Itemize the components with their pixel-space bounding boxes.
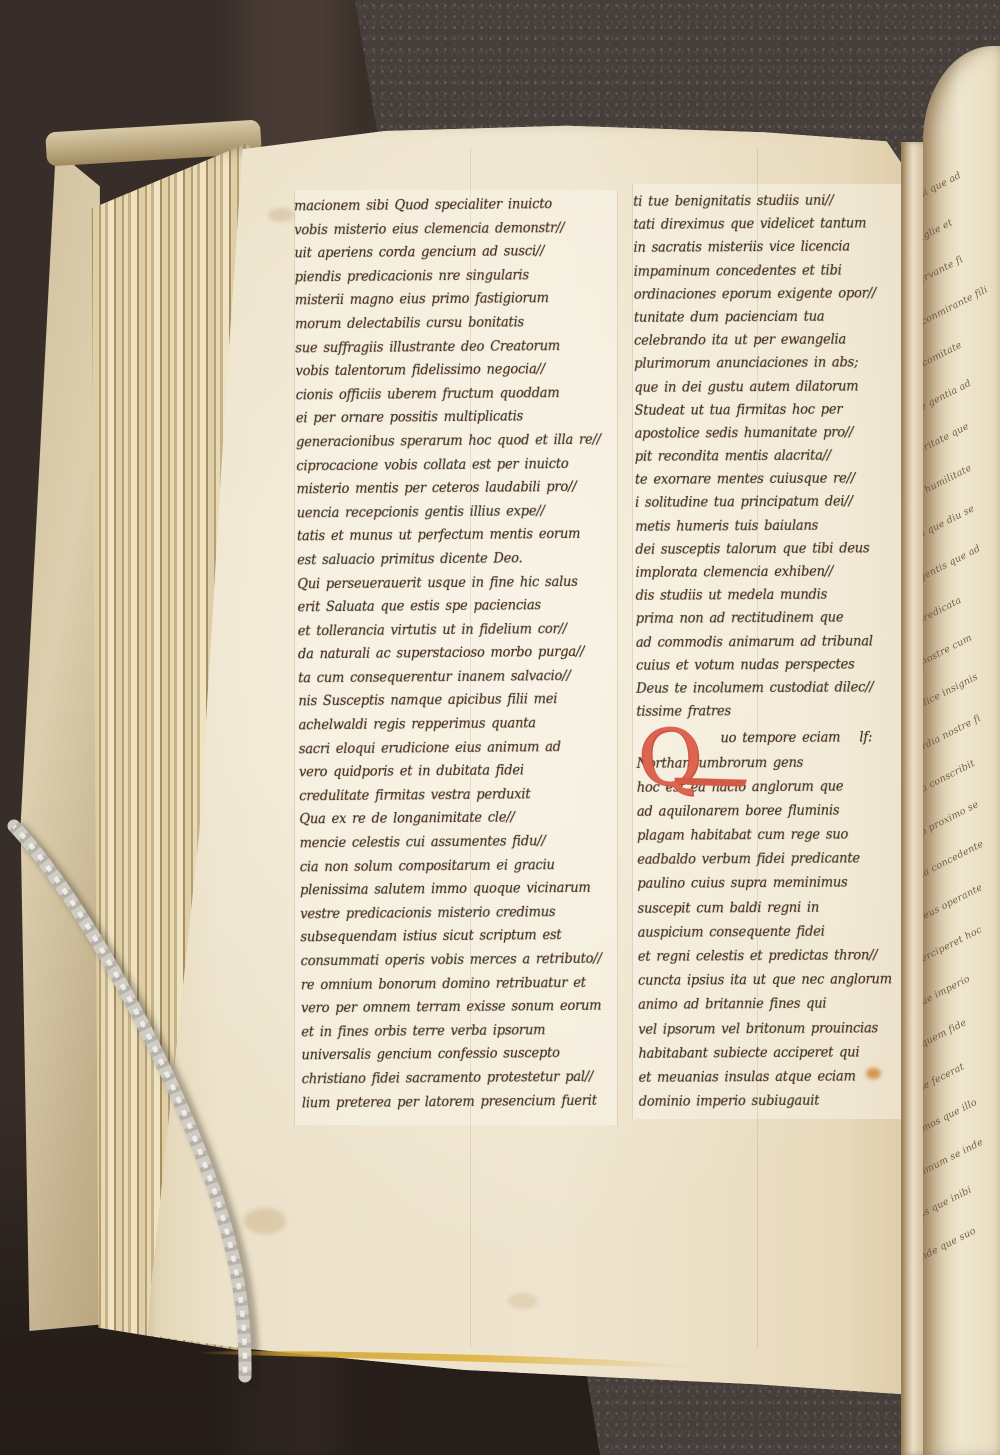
manuscript-line: prima non ad rectitudinem que bbox=[636, 606, 912, 632]
manuscript-line: cuius et votum nudas perspectes bbox=[636, 652, 912, 678]
manuscript-line: dominio imperio subiugauit bbox=[639, 1089, 915, 1116]
manuscript-line: te exornare mentes cuiusque re// bbox=[635, 467, 911, 493]
manuscript-line: animo ad britannie fines qui bbox=[638, 992, 914, 1019]
manuscript-line: que in dei gustu autem dilatorum bbox=[634, 374, 910, 400]
manuscript-line: ad commodis animarum ad tribunal bbox=[636, 629, 912, 655]
manuscript-line: cuncta ipsius ita ut que nec anglorum bbox=[638, 968, 914, 995]
manuscript-line: uit aperiens corda gencium ad susci// bbox=[294, 239, 608, 266]
manuscript-line: et regni celestis et predictas thron// bbox=[638, 944, 914, 971]
manuscript-line: mencie celestis cui assumentes fidu// bbox=[300, 829, 614, 856]
manuscript-line: implorata clemencia exhiben// bbox=[635, 560, 911, 586]
facing-pages: ad se regni que adquos in anglie etne se… bbox=[923, 46, 1000, 1455]
text-column-left: macionem sibi Quod specialiter inuictovo… bbox=[294, 193, 616, 1116]
stain bbox=[268, 208, 294, 222]
manuscript-line: et meuanias insulas atque eciam bbox=[639, 1065, 915, 1092]
manuscript-line: plagam habitabat cum rege suo bbox=[637, 823, 913, 850]
manuscript-line: ordinaciones eporum exigente opor// bbox=[634, 281, 910, 307]
manuscript-line: metis humeris tuis baiulans bbox=[635, 513, 911, 539]
right-column-block2: Q uo tempore eciam lf:Northanhumbrorum g… bbox=[636, 726, 914, 1115]
manuscript-line: dis studiis ut medela mundis bbox=[636, 583, 912, 609]
manuscript-line: tunitate dum pacienciam tua bbox=[634, 305, 910, 331]
manuscript-line: erit Saluata que estis spe paciencias bbox=[297, 593, 611, 620]
manuscript-line: misterio mentis per ceteros laudabili pr… bbox=[296, 475, 610, 502]
rubricated-initial-q: Q bbox=[636, 722, 705, 797]
manuscript-line: apostolice sedis humanitate pro// bbox=[635, 421, 911, 447]
manuscript-line: consummati operis vobis merces a retribu… bbox=[301, 947, 615, 974]
manuscript-line: vobis talentorum fidelissimo negocia// bbox=[295, 357, 609, 384]
manuscript-line: vel ipsorum vel britonum prouincias bbox=[638, 1016, 914, 1043]
manuscript-line: tati direximus que videlicet tantum bbox=[633, 212, 909, 238]
manuscript-line: pit recondita mentis alacrita// bbox=[635, 444, 911, 470]
manuscript-line: Deus te incolumem custodiat dilec// bbox=[636, 676, 912, 702]
manuscript-line: in sacratis misteriis vice licencia bbox=[633, 235, 909, 261]
text-column-right: ti tue benignitatis studiis uni//tati di… bbox=[633, 189, 915, 1115]
manuscript-line: macionem sibi Quod specialiter inuicto bbox=[294, 192, 608, 219]
manuscript-line: paulino cuius supra meminimus bbox=[637, 871, 913, 898]
manuscript-line: i solitudine tua principatum dei// bbox=[635, 490, 911, 516]
stain bbox=[508, 1293, 538, 1309]
manuscript-line: lium preterea per latorem presencium fue… bbox=[302, 1089, 616, 1116]
manuscript-line: christiano fidei sacramento protestetur … bbox=[302, 1065, 616, 1092]
manuscript-line: impaminum concedentes et tibi bbox=[634, 258, 910, 284]
manuscript-line: habitabant subiecte acciperet qui bbox=[638, 1040, 914, 1067]
manuscript-line: suscepit cum baldi regni in bbox=[637, 895, 913, 922]
manuscript-photo: macionem sibi Quod specialiter inuictovo… bbox=[0, 0, 1000, 1455]
facing-page-text: ad se regni que adquos in anglie etne se… bbox=[923, 142, 1000, 1247]
manuscript-line: generacionibus sperarum hoc quod et illa… bbox=[296, 428, 610, 455]
manuscript-line: auspicium consequente fidei bbox=[638, 919, 914, 946]
manuscript-line: celebrando ita ut per ewangelia bbox=[634, 328, 910, 354]
manuscript-line: plurimorum anunciaciones in abs; bbox=[634, 351, 910, 377]
manuscript-line: ti tue benignitatis studiis uni// bbox=[633, 189, 909, 215]
manuscript-line: eadbaldo verbum fidei predicante bbox=[637, 847, 913, 874]
manuscript-line: dei susceptis talorum que tibi deus bbox=[635, 537, 911, 563]
manuscript-line: Studeat ut tua firmitas hoc per bbox=[634, 397, 910, 423]
stain bbox=[244, 1208, 286, 1234]
manuscript-line: morum delectabilis cursu bonitatis bbox=[295, 310, 609, 337]
manuscript-line: est saluacio primitus dicente Deo. bbox=[297, 546, 611, 573]
right-column-block1: ti tue benignitatis studiis uni//tati di… bbox=[633, 189, 912, 724]
manuscript-line: achelwaldi regis repperimus quanta bbox=[299, 711, 613, 738]
manuscript-line: vero per omnem terram exisse sonum eorum bbox=[301, 994, 615, 1021]
manuscript-line: plenissima salutem immo quoque vicinarum bbox=[300, 876, 614, 903]
